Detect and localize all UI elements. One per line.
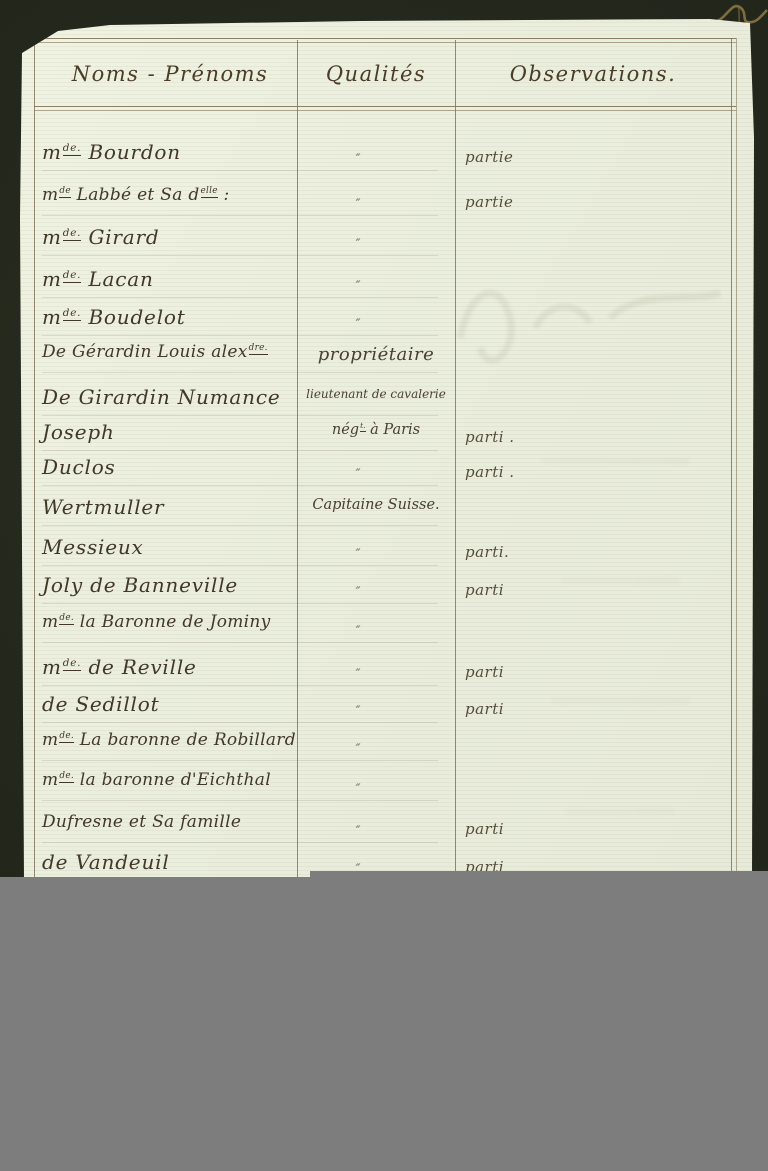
table-row: mde. la baronne d'Eichthal″ — [20, 770, 736, 816]
row-observation: parti. — [465, 543, 725, 561]
row-quality-ditto-mark: ″ — [279, 704, 437, 719]
row-guide-line — [42, 297, 438, 298]
row-name: de Sedillot — [42, 692, 292, 716]
scanned-register-page: Noms - Prénoms Qualités Observations. md… — [0, 0, 768, 1171]
row-guide-line — [42, 335, 438, 336]
paper-sheet: Noms - Prénoms Qualités Observations. md… — [20, 18, 754, 879]
row-name: mde. la Baronne de Jominy — [42, 612, 292, 632]
row-observation: parti . — [465, 428, 725, 446]
row-quality-ditto-mark: ″ — [279, 547, 437, 562]
row-name: mde Labbé et Sa delle : — [42, 185, 292, 205]
row-quality-ditto-mark: ″ — [279, 824, 437, 839]
row-guide-line — [42, 372, 438, 373]
row-guide-line — [42, 450, 438, 451]
row-name: De Gérardin Louis alexdre. — [42, 342, 292, 362]
row-name: mde. de Reville — [42, 655, 292, 679]
row-quality-ditto-mark: ″ — [279, 197, 437, 212]
table-row: De Gérardin Louis alexdre.propriétaire — [20, 342, 736, 388]
row-observation: partie — [465, 148, 725, 166]
row-quality-ditto-mark: ″ — [279, 317, 437, 332]
row-guide-line — [42, 215, 438, 216]
row-name: mde. Lacan — [42, 267, 292, 291]
row-guide-line — [42, 170, 438, 171]
row-quality-ditto-mark: ″ — [279, 467, 437, 482]
row-name: mde. Bourdon — [42, 140, 292, 164]
row-quality-ditto-mark: ″ — [279, 742, 437, 757]
row-name: Dufresne et Sa famille — [42, 812, 292, 832]
row-name: Wertmuller — [42, 495, 292, 519]
row-quality-ditto-mark: ″ — [279, 237, 437, 252]
row-quality-ditto-mark: ″ — [279, 152, 437, 167]
table-row: mde. la Baronne de Jominy″ — [20, 612, 736, 658]
row-observation: parti — [465, 700, 725, 718]
row-name: Joly de Banneville — [42, 573, 292, 597]
row-guide-line — [42, 603, 438, 604]
row-guide-line — [42, 485, 438, 486]
row-quality: Capitaine Suisse. — [297, 497, 455, 513]
row-quality-ditto-mark: ″ — [279, 585, 437, 600]
row-name: De Girardin Numance — [42, 385, 292, 409]
header-bottom-border — [34, 106, 736, 107]
table-row: mde. Girard″ — [20, 225, 736, 271]
row-observation: partie — [465, 193, 725, 211]
row-name: Joseph — [42, 420, 292, 444]
row-guide-line — [42, 760, 438, 761]
row-name: de Vandeuil — [42, 850, 292, 874]
row-quality-ditto-mark: ″ — [279, 667, 437, 682]
row-quality: lieutenant de cavalerie — [297, 387, 455, 401]
table-right-border-inner — [736, 38, 737, 879]
row-guide-line — [42, 722, 438, 723]
row-guide-line — [42, 255, 438, 256]
table-row: mde. Bourdon″partie — [20, 140, 736, 186]
row-guide-line — [42, 685, 438, 686]
row-guide-line — [42, 565, 438, 566]
row-name: mde. Boudelot — [42, 305, 292, 329]
row-name: Messieux — [42, 535, 292, 559]
column-header-observations: Observations. — [455, 62, 731, 102]
row-quality: négt. à Paris — [297, 422, 455, 438]
column-header-names: Noms - Prénoms — [50, 62, 290, 102]
row-quality: propriétaire — [297, 344, 455, 365]
redaction-overlay — [0, 877, 768, 1171]
row-quality-ditto-mark: ″ — [279, 782, 437, 797]
row-observation: parti . — [465, 463, 725, 481]
header-bottom-border-inner — [34, 110, 736, 111]
table-top-border-inner — [34, 42, 736, 43]
table-top-border — [34, 38, 736, 39]
column-header-qualities: Qualités — [297, 62, 455, 102]
row-guide-line — [42, 842, 438, 843]
row-observation: parti — [465, 581, 725, 599]
row-guide-line — [42, 800, 438, 801]
row-name: mde. La baronne de Robillard — [42, 730, 292, 750]
row-name: mde. Girard — [42, 225, 292, 249]
row-name: Duclos — [42, 455, 292, 479]
row-guide-line — [42, 642, 438, 643]
row-guide-line — [42, 525, 438, 526]
row-name: mde. la baronne d'Eichthal — [42, 770, 292, 790]
row-observation: parti — [465, 663, 725, 681]
row-observation: parti — [465, 820, 725, 838]
row-guide-line — [42, 415, 438, 416]
row-quality-ditto-mark: ″ — [279, 624, 437, 639]
row-quality-ditto-mark: ″ — [279, 279, 437, 294]
